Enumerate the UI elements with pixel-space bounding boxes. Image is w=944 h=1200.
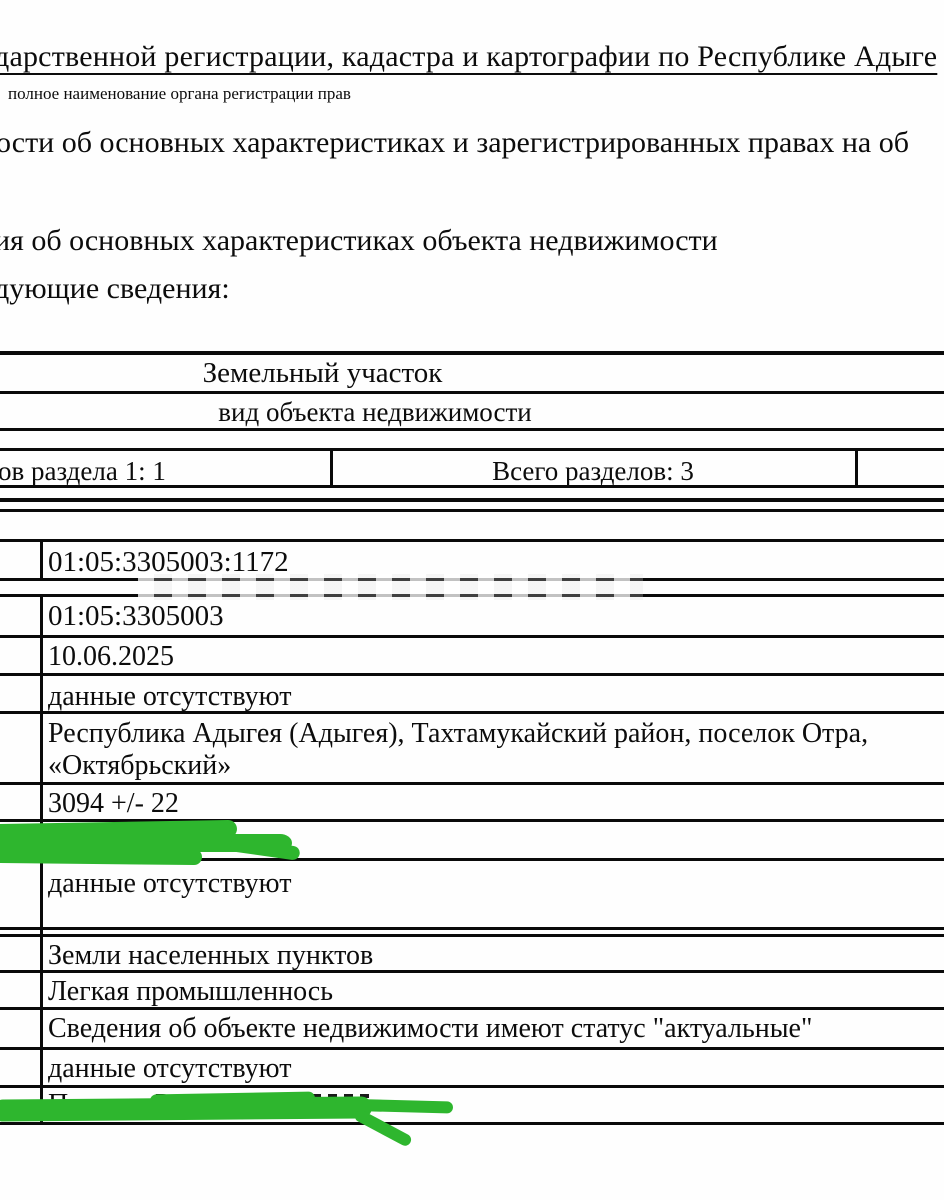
egrn-extract-page: дарственной регистрации, кадастра и карт… (0, 0, 944, 1200)
cadastral-number-cell: 01:05:3305003:1172 (48, 546, 289, 579)
quarter-number-cell: 01:05:3305003 (48, 600, 224, 633)
title-caption: полное наименование органа регистрации п… (8, 84, 351, 104)
no-data-cell: данные отсутствуют (48, 1053, 291, 1085)
address-cell-line1: Республика Адыгея (Адыгея), Тахтамукайск… (48, 718, 868, 750)
address-cell-line2: «Октябрьский» (48, 750, 231, 782)
land-category-cell: Земли населенных пунктов (48, 940, 373, 972)
sheets-count-cell: ов раздела 1: 1 (0, 456, 166, 487)
status-cell: Сведения об объекте недвижимости имеют с… (48, 1013, 812, 1045)
row-border (0, 673, 944, 676)
permitted-use-cell: Легкая промышленнось (48, 976, 333, 1008)
object-type-value: Земельный участок (170, 357, 475, 390)
section-heading: ия об основных характеристиках объекта н… (0, 224, 718, 258)
row-border (0, 539, 944, 542)
green-marker-stroke (0, 847, 202, 865)
table-bottom-border (0, 1122, 944, 1125)
row-border (0, 782, 944, 785)
object-type-caption: вид объекта недвижимости (210, 397, 540, 428)
area-cell: 3094 +/- 22 (48, 788, 179, 820)
section-border (0, 498, 944, 502)
table-border (0, 448, 944, 451)
no-data-cell: данные отсутствуют (48, 868, 291, 900)
green-marker-stroke (353, 1108, 413, 1148)
row-border (0, 635, 944, 638)
statement-line: ости об основных характеристиках и зарег… (0, 126, 909, 160)
cell-border (855, 448, 858, 488)
table-border (0, 391, 944, 394)
row-border (0, 1047, 944, 1050)
column-border (40, 539, 43, 581)
row-border (0, 1085, 944, 1088)
date-cell: 10.06.2025 (48, 641, 174, 673)
section-border (0, 509, 944, 512)
row-border (0, 934, 944, 937)
no-data-cell: данные отсутствуют (48, 681, 291, 713)
table-border (0, 351, 944, 355)
intro-line: дующие сведения: (0, 272, 230, 306)
row-border (0, 927, 944, 930)
table-border (0, 428, 944, 431)
registration-authority-title: дарственной регистрации, кадастра и карт… (0, 40, 937, 74)
total-sections-cell: Всего разделов: 3 (333, 456, 853, 487)
